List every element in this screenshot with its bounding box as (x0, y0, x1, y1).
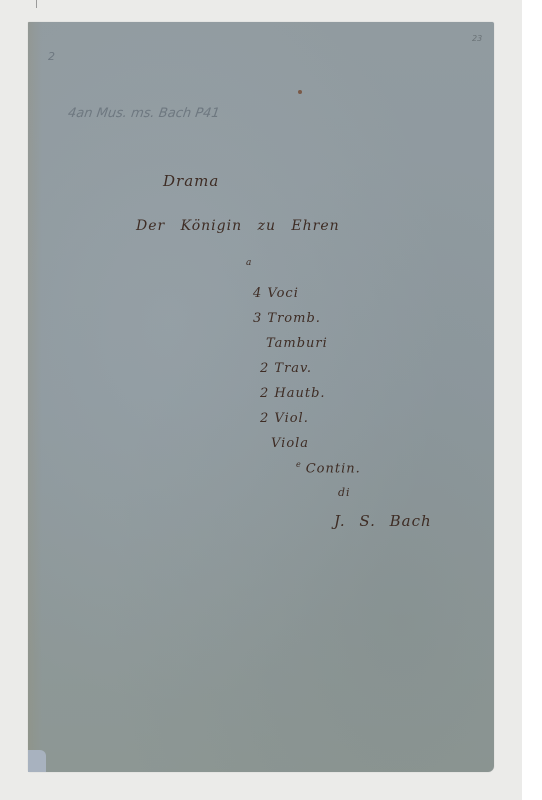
scoring-item: 2 Hautb. (260, 386, 326, 401)
folio-number: 23 (472, 34, 482, 43)
paper-chip (28, 750, 46, 772)
scoring-item: 3 Tromb. (253, 311, 321, 326)
shelfmark: 4an Mus. ms. Bach P41 (67, 106, 221, 121)
page-title: Drama (163, 172, 219, 190)
scoring-item: 2 Viol. (260, 411, 309, 426)
page-subtitle: Der Königin zu Ehren (136, 218, 340, 234)
scan-background: 23 2 4an Mus. ms. Bach P41 Drama Der Kön… (0, 0, 522, 800)
manuscript-page: 23 2 4an Mus. ms. Bach P41 Drama Der Kön… (28, 22, 494, 772)
scoring-item: 4 Voci (253, 286, 299, 301)
scoring-intro: a (246, 258, 252, 268)
continuo-prefix: e (296, 460, 302, 469)
scoring-item: Viola (271, 436, 309, 451)
scoring-item: Tamburi (266, 336, 328, 351)
scoring-item: 2 Trav. (260, 361, 312, 376)
ink-spot (298, 90, 302, 94)
attribution-di: di (338, 486, 351, 499)
continuo-label: Contin. (306, 461, 361, 476)
ruler-tick (36, 0, 37, 8)
continuo-line: eContin. (296, 460, 361, 476)
composer-name: J. S. Bach (334, 512, 432, 530)
corner-mark: 2 (48, 50, 55, 63)
